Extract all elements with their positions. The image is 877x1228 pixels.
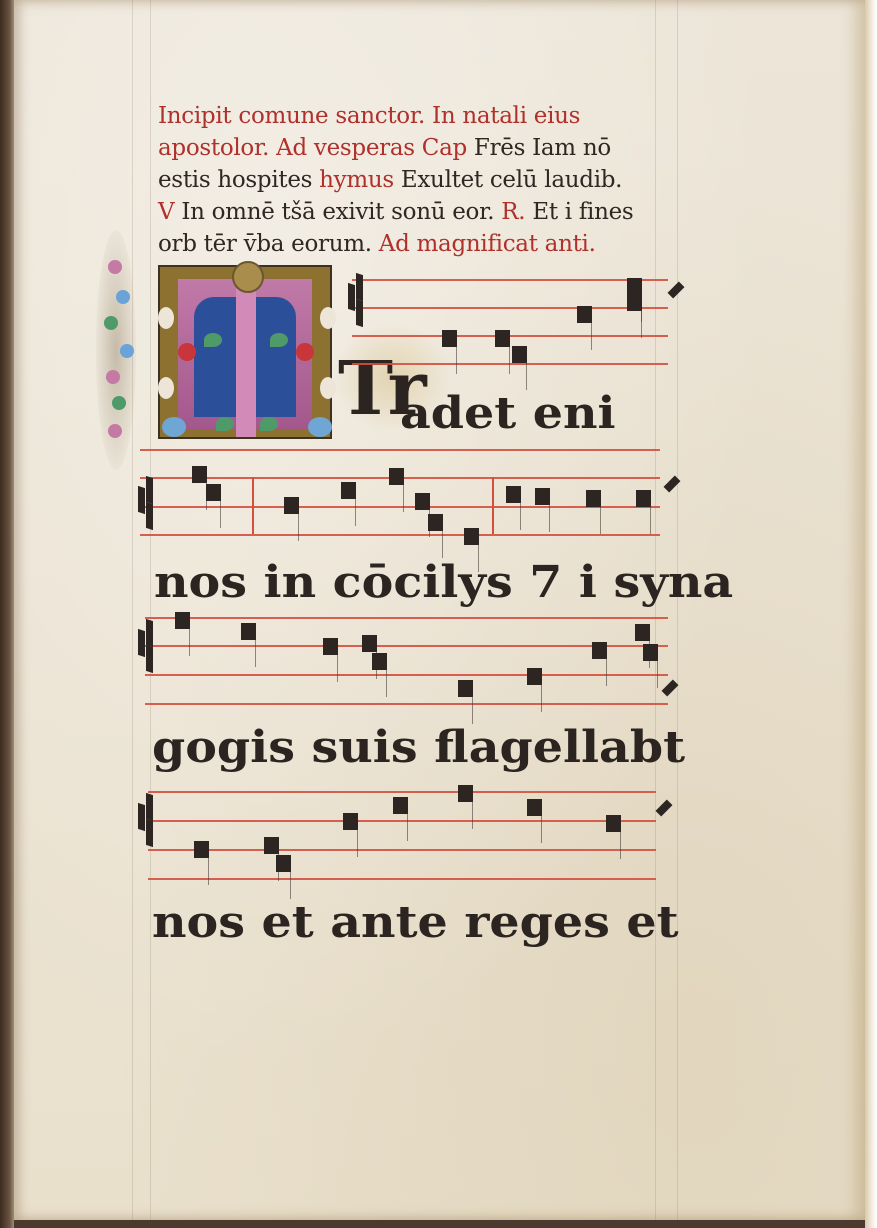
flower-icon [106,370,120,384]
c-clef-icon [146,502,153,530]
punctum-note [606,815,621,832]
c-clef-icon [146,819,153,847]
punctum-note [389,468,404,485]
punctum-note [643,644,658,661]
punctum-note [362,635,377,652]
staff-line [140,534,660,536]
rubric-line-4: V In omnē tšā exivit sonū eor. R. Et i f… [158,196,688,228]
staff-line [148,820,656,822]
punctum-note [592,642,607,659]
note-stem [526,362,527,390]
flower-icon [108,260,122,274]
note-stem [255,639,256,667]
note-stem [189,628,190,656]
punctum-note [506,486,521,503]
illuminated-initial [158,265,332,439]
note-stem [472,696,473,724]
note-stem [472,801,473,829]
staff-line [148,878,656,880]
staff-line [352,279,668,281]
lyric-line-4: nos et ante reges et [152,897,679,948]
punctum-note [627,294,642,311]
punctum-note [512,346,527,363]
punctum-note [527,799,542,816]
note-stem [208,857,209,885]
punctum-note [636,490,651,507]
staff-line [145,703,668,705]
punctum-note [495,330,510,347]
punctum-note [206,484,221,501]
c-clef-icon [146,645,153,673]
punctum-note [627,278,642,295]
lyric-line-3: gogis suis flagellabt [152,722,685,773]
punctum-note [194,841,209,858]
note-stem [290,871,291,899]
rubric-line-2: apostolor. Ad vesperas Cap Frēs Iam nō [158,132,688,164]
note-stem [541,684,542,712]
c-clef-icon [138,486,145,514]
note-stem [657,660,658,688]
note-stem [641,310,642,338]
note-stem [520,502,521,530]
note-stem [407,813,408,841]
note-stem [442,530,443,558]
rubric-line-3: estis hospites hymus Exultet celū laudib… [158,164,688,196]
note-stem [600,506,601,534]
staff-line [352,335,668,337]
staff-line [148,849,656,851]
punctum-note [264,837,279,854]
note-stem [357,829,358,857]
note-stem [620,831,621,859]
flower-icon [120,344,134,358]
page-bottom-edge [14,1220,865,1228]
staff-line [140,449,660,451]
c-clef-icon [146,476,153,504]
note-stem [386,669,387,697]
staff-line [140,506,660,508]
c-clef-icon [138,803,145,831]
note-stem [220,500,221,528]
c-clef-icon [146,619,153,647]
punctum-note [284,497,299,514]
punctum-note [341,482,356,499]
punctum-note [415,493,430,510]
note-stem [549,504,550,532]
staff-line [148,791,656,793]
lyric-line-1: adet eni [400,388,616,439]
note-stem [591,322,592,350]
punctum-note [442,330,457,347]
leaf-icon [104,316,118,330]
gold-knot-icon [232,261,264,293]
note-stem [298,513,299,541]
lyric-line-2: nos in cōcilys 7 i syna [154,557,733,608]
punctum-note [535,488,550,505]
punctum-note [586,490,601,507]
flower-icon [108,424,122,438]
staff-line [145,674,668,676]
punctum-note [458,785,473,802]
barline [492,477,494,534]
rubric-text: Incipit comune sanctor. In natali eius a… [158,100,688,260]
note-stem [403,484,404,512]
note-stem [355,498,356,526]
punctum-note [577,306,592,323]
punctum-note [276,855,291,872]
page-edge [865,0,877,1228]
staff-line [145,617,668,619]
punctum-note [175,612,190,629]
staff-line [352,363,668,365]
note-stem [606,658,607,686]
c-clef-icon [356,299,363,327]
ruling-line [132,0,133,1220]
punctum-note [635,624,650,641]
note-stem [541,815,542,843]
punctum-note [192,466,207,483]
note-stem [650,506,651,534]
barline [252,477,254,534]
note-stem [337,654,338,682]
floral-border-decoration [86,220,146,480]
punctum-note [393,797,408,814]
punctum-note [428,514,443,531]
staff-line [145,645,668,647]
punctum-note [458,680,473,697]
punctum-note [241,623,256,640]
rubric-line-5: orb tēr v̄ba eorum. Ad magnificat anti. [158,228,688,260]
c-clef-icon [138,629,145,657]
c-clef-icon [146,793,153,821]
rubric-line-1: Incipit comune sanctor. In natali eius [158,100,688,132]
flower-icon [116,290,130,304]
c-clef-icon [356,273,363,301]
punctum-note [343,813,358,830]
c-clef-icon [348,283,355,311]
punctum-note [464,528,479,545]
note-stem [456,346,457,374]
leaf-icon [112,396,126,410]
punctum-note [372,653,387,670]
staff-line [352,307,668,309]
punctum-note [527,668,542,685]
ruling-line [150,0,151,1220]
note-stem [509,346,510,374]
punctum-note [323,638,338,655]
